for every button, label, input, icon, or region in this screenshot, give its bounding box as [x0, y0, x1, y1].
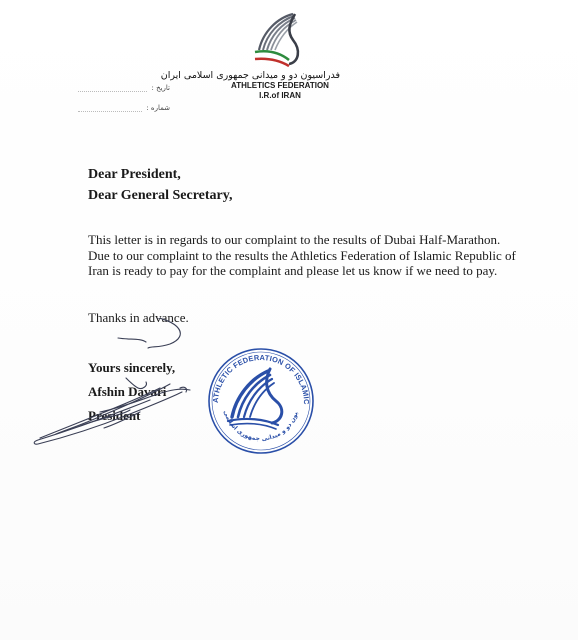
body-line: This letter is in regards to our complai…: [88, 232, 558, 248]
letter-page: فدراسیون دو و میدانی جمهوری اسلامی ایران…: [0, 0, 578, 640]
signatory-title: President: [88, 408, 140, 424]
athletics-federation-logo-icon: [249, 10, 311, 68]
salutation-president: Dear President,: [88, 167, 181, 183]
body-line: Iran is ready to pay for the complaint a…: [88, 263, 558, 279]
letterhead: فدراسیون دو و میدانی جمهوری اسلامی ایران…: [220, 10, 340, 101]
reference-fields: تاریخ : شماره :: [78, 80, 170, 120]
closing: Yours sincerely,: [88, 360, 175, 376]
number-label: شماره :: [146, 104, 170, 112]
org-country: I.R.of IRAN: [220, 91, 340, 101]
number-value-line: [78, 105, 142, 112]
date-field: تاریخ :: [78, 80, 170, 96]
number-field: شماره :: [78, 100, 170, 116]
org-name-persian: فدراسیون دو و میدانی جمهوری اسلامی ایران: [220, 70, 340, 81]
org-name-english: ATHLETICS FEDERATION: [220, 81, 340, 91]
salutation-general-secretary: Dear General Secretary,: [88, 188, 232, 204]
date-value-line: [78, 85, 147, 92]
letter-body: This letter is in regards to our complai…: [88, 232, 558, 279]
thanks-line: Thanks in advance.: [88, 310, 189, 326]
official-seal-icon: ATHLETIC FEDERATION OF ISLAMIC REPUBLIC …: [202, 345, 320, 455]
handwritten-signature-icon: [30, 318, 220, 448]
date-label: تاریخ :: [151, 84, 170, 92]
signatory-name: Afshin Davari: [88, 384, 166, 400]
body-line: Due to our complaint to the results the …: [88, 248, 558, 264]
